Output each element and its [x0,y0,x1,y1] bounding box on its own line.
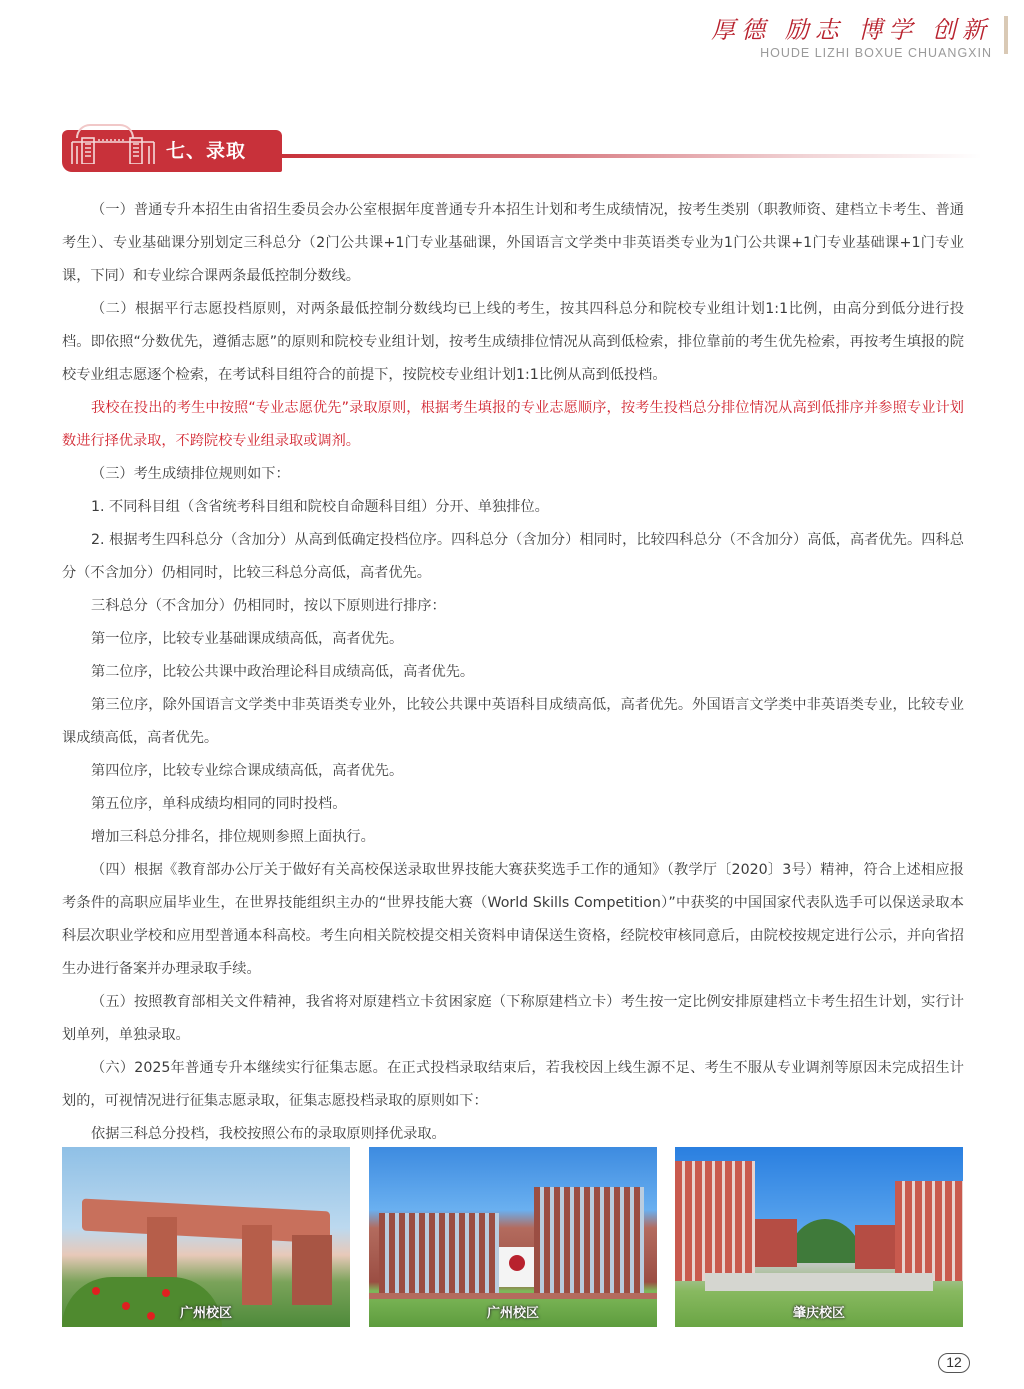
paragraph-6: （六）2025年普通专升本继续实行征集志愿。在正式投档录取结束后，若我校因上线生… [62,1052,964,1118]
hill [787,1219,863,1263]
header-motto: 厚德 励志 博学 创新 HOUDE LIZHI BOXUE CHUANGXIN [711,16,992,60]
building [755,1219,797,1267]
building [855,1225,895,1269]
photo-guangzhou-gate: 广州校区 [62,1147,350,1327]
page-number: 12 [938,1353,970,1373]
motto-pinyin: HOUDE LIZHI BOXUE CHUANGXIN [711,46,992,60]
campus-photos: 广州校区 广州校区 肇庆校区 [62,1147,964,1327]
order-4: 第四位序，比较专业综合课成绩高低，高者优先。 [62,755,964,788]
motto-divider [1004,16,1008,54]
order-2: 第二位序，比较公共课中政治理论科目成绩高低，高者优先。 [62,656,964,689]
building-base [369,1293,657,1299]
section-rule-line [282,154,982,158]
three-subject-ranking: 增加三科总分排名，排位规则参照上面执行。 [62,821,964,854]
building [675,1161,755,1281]
paragraph-5: （五）按照教育部相关文件精神，我省将对原建档立卡贫困家庭（下称原建档立卡）考生按… [62,986,964,1052]
photo-guangzhou-buildings: 广州校区 [369,1147,657,1327]
section-heading: 七、录取 [62,124,982,172]
order-3: 第三位序，除外国语言文学类中非英语类专业外，比较公共课中英语科目成绩高低，高者优… [62,689,964,755]
gate-pillar [292,1235,332,1305]
plaza [705,1273,933,1291]
highlight-paragraph: 我校在投出的考生中按照“专业志愿优先”录取原则，根据考生填报的专业志愿顺序，按考… [62,392,964,458]
paragraph-1: （一）普通专升本招生由省招生委员会办公室根据年度普通专升本招生计划和考生成绩情况… [62,194,964,293]
flower [162,1289,170,1297]
section-title: 七、录取 [166,136,246,163]
campus-gate-icon [70,134,156,164]
photo-caption: 肇庆校区 [675,1302,963,1321]
flower [92,1287,100,1295]
order-5: 第五位序，单科成绩均相同的同时投档。 [62,788,964,821]
building [534,1187,644,1293]
paragraph-2: （二）根据平行志愿投档原则，对两条最低控制分数线均已上线的考生，按其四科总分和院… [62,293,964,392]
school-logo-icon [509,1255,525,1271]
rule-2: 2. 根据考生四科总分（含加分）从高到低确定投档位序。四科总分（含加分）相同时，… [62,524,964,590]
photo-caption: 广州校区 [62,1302,350,1321]
admission-content: （一）普通专升本招生由省招生委员会办公室根据年度普通专升本招生计划和考生成绩情况… [62,194,964,1151]
building [895,1181,963,1281]
paragraph-3-heading: （三）考生成绩排位规则如下： [62,458,964,491]
photo-caption: 广州校区 [369,1302,657,1321]
rule-tiebreak-intro: 三科总分（不含加分）仍相同时，按以下原则进行排序： [62,590,964,623]
photo-zhaoqing-campus: 肇庆校区 [675,1147,963,1327]
motto-chinese: 厚德 励志 博学 创新 [711,16,992,44]
paragraph-4: （四）根据《教育部办公厅关于做好有关高校保送录取世界技能大赛获奖选手工作的通知》… [62,854,964,986]
building [379,1213,499,1293]
rule-1: 1. 不同科目组（含省统考科目组和院校自命题科目组）分开、单独排位。 [62,491,964,524]
gate-pillar [242,1225,272,1305]
order-1: 第一位序，比较专业基础课成绩高低，高者优先。 [62,623,964,656]
